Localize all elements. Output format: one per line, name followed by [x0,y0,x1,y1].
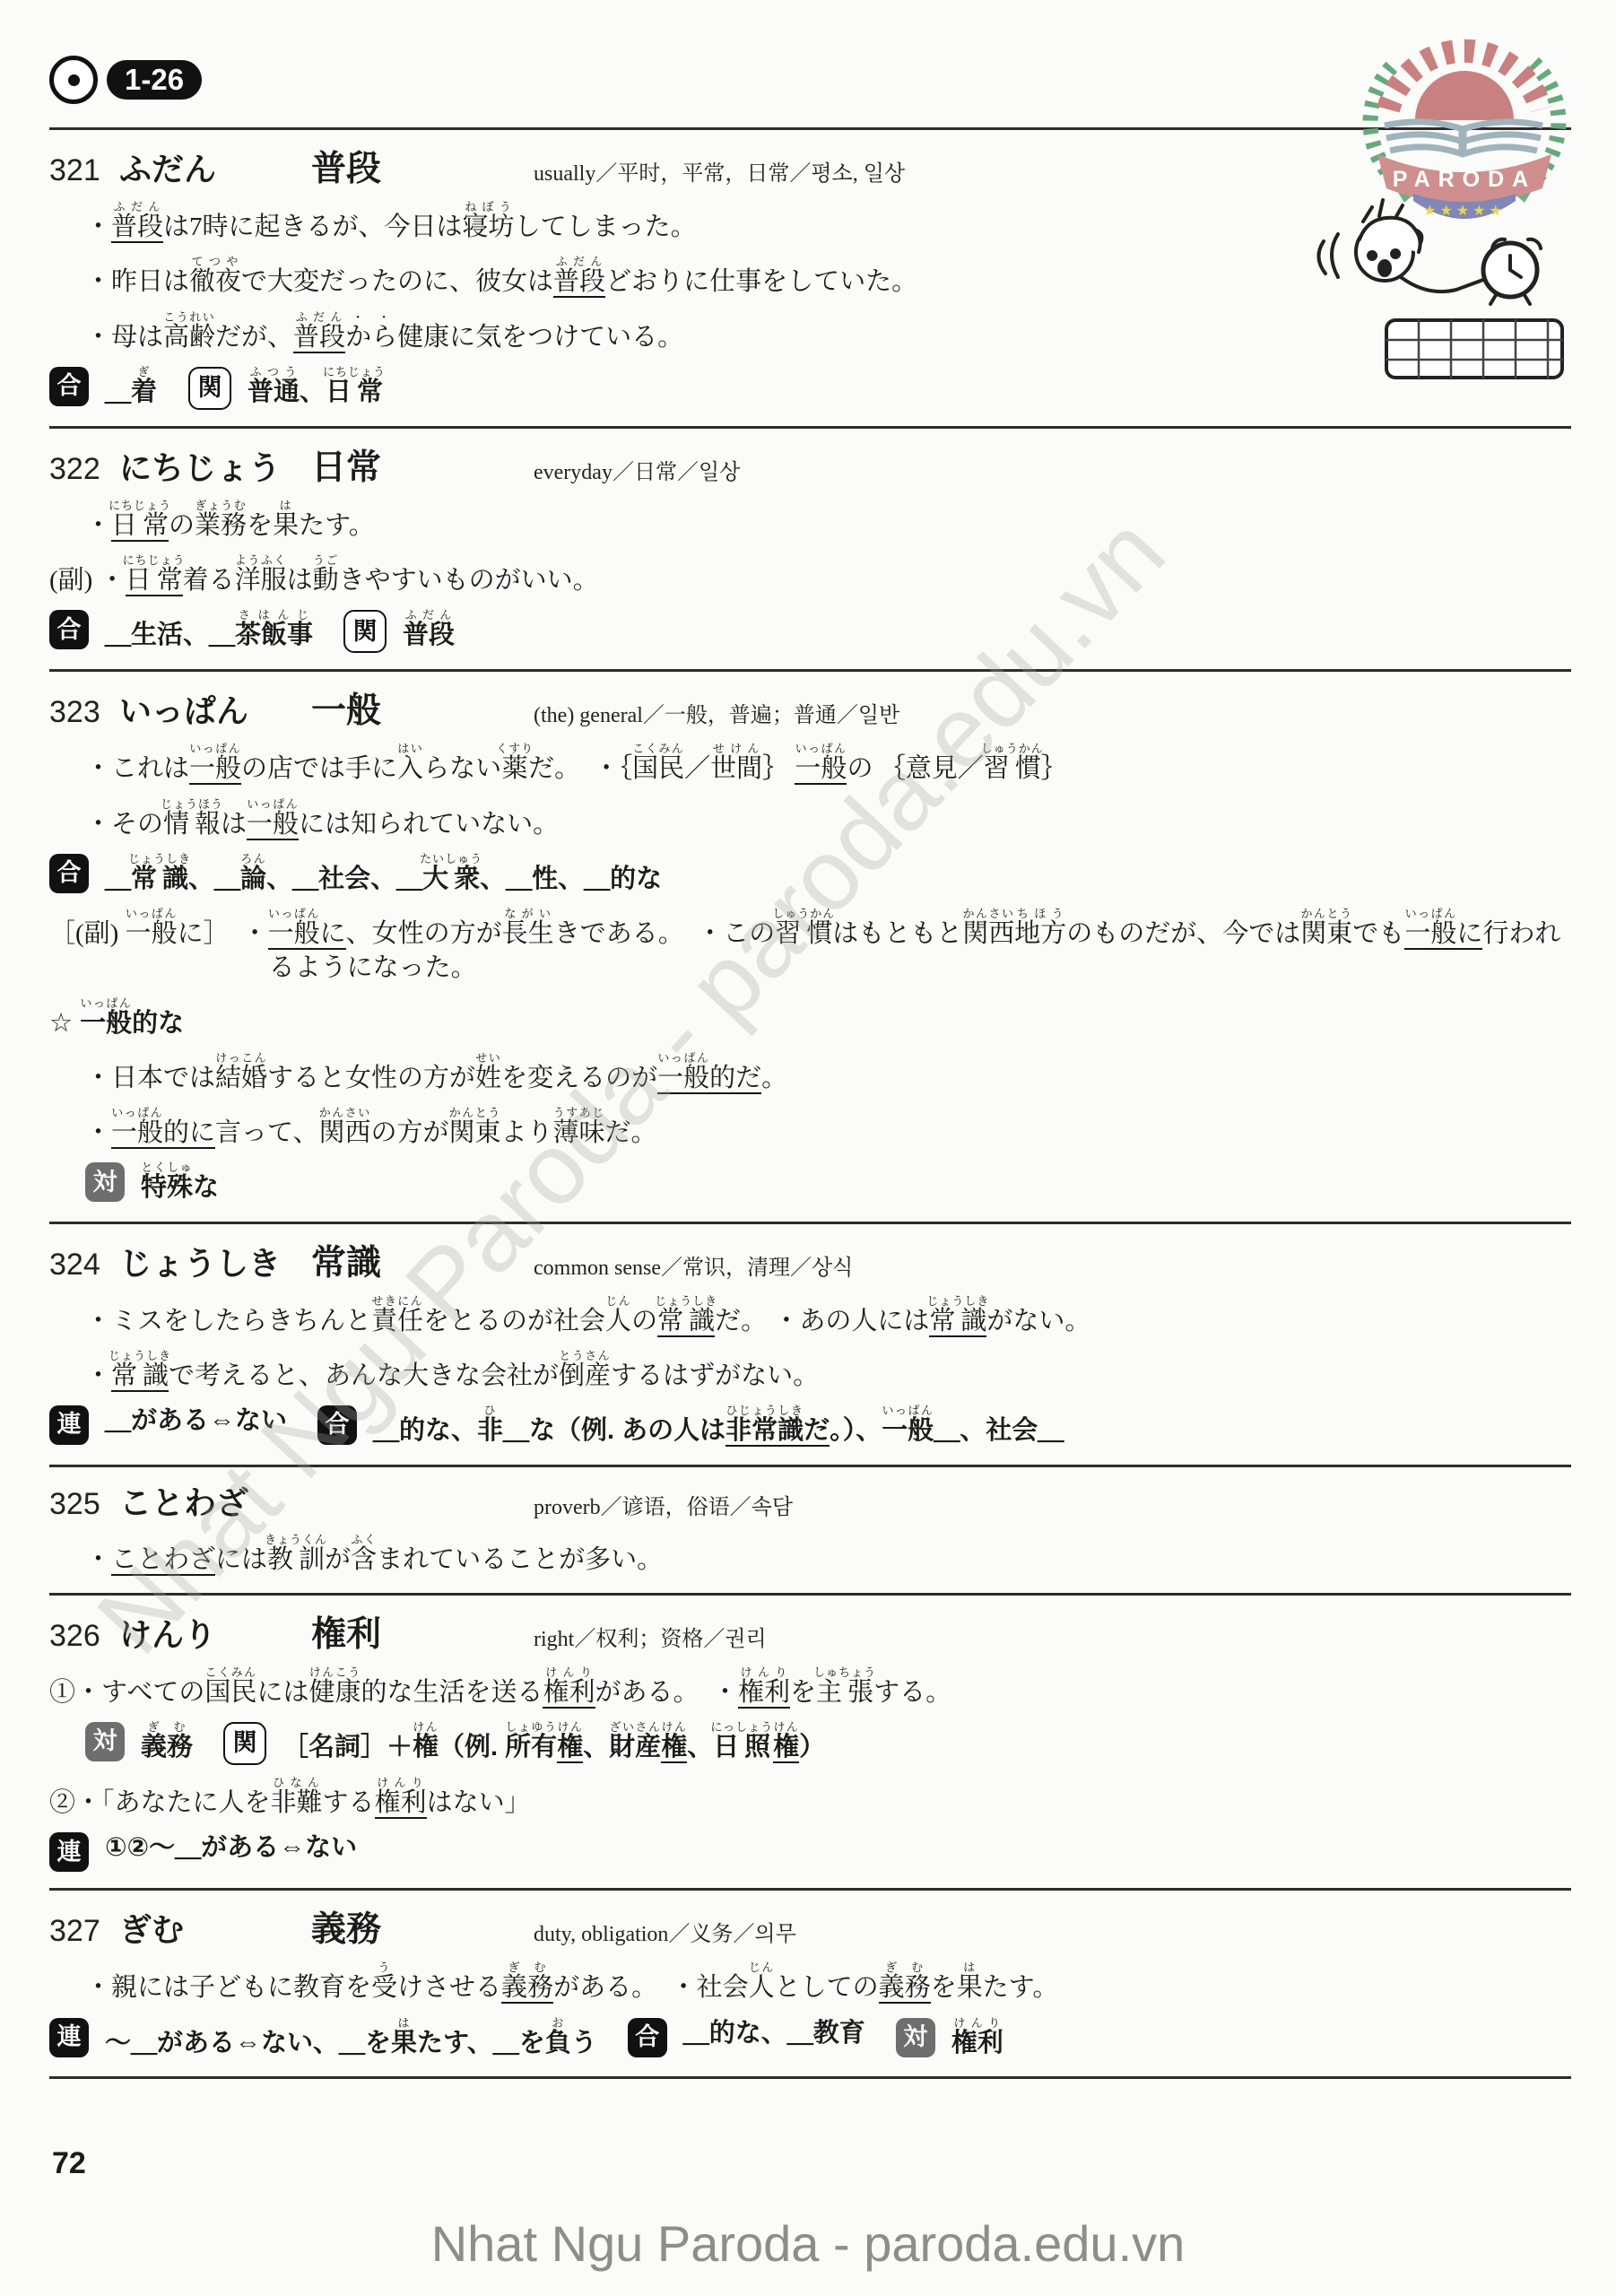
entry-row: ①・すべての国民こくみんには健康けんこう的な生活を送る権利けんりがある。 ・権利… [49,1665,1571,1709]
row-text: ［名詞］＋権けん（例. 所有しょゆう権けん、財産ざいさん権けん、日照にっしょう権… [282,1720,825,1764]
badge-gou: 合 [49,367,89,406]
entry-header: 325ことわざproverb／谚语，俗语／속담 [49,1478,1571,1524]
entry-row: ・親には子どもに教育を受うけさせる義務ぎむがある。 ・社会人じんとしての義務ぎむ… [49,1961,1571,2005]
headword-kanji: 一般 [311,683,534,733]
entry-row: ②・「あなたに人を非難ひなんする権利けんりはない」 [49,1776,1571,1820]
audio-disc-icon [49,56,98,104]
entry-322: 322にちじょう日常everyday／日常／일상・日常にちじょうの業務ぎょうむを… [49,426,1571,670]
entry-number: 326 [49,1619,119,1654]
footer-site-text: Nhat Ngu Paroda - paroda.edu.vn [0,2214,1616,2273]
entry-row: ・日本では結婚けっこんすると女性の方が姓せいを変えるのが一般いっぱん的だ。 [49,1051,1571,1095]
badge-tai: 対 [85,1722,125,1761]
entry-327: 327ぎむ義務duty, obligation／义务／의무・親には子どもに教育を… [49,1888,1571,2076]
headword-kanji: 常識 [311,1235,534,1285]
entry-325: 325ことわざproverb／谚语，俗语／속담・ことわざには教訓きょうくんが含ふ… [49,1465,1571,1593]
entry-row: 対義務ぎむ関［名詞］＋権けん（例. 所有しょゆう権けん、財産ざいさん権けん、日照… [49,1720,1571,1765]
entry-row: ・日常にちじょうの業務ぎょうむを果はたす。 [49,499,1571,543]
entry-header: 324じょうしき常識common sense／常识，清理／상식 [49,1235,1571,1285]
row-text: 普通ふつう、日常にちじょう [248,365,386,409]
entry-number: 327 [49,1914,119,1949]
arm [1401,277,1490,291]
translations: (the) general／一般，普遍；普通／일반 [534,697,1571,728]
translations: right／权利；资格／권리 [534,1621,1571,1652]
entry-header: 322にちじょう日常everyday／日常／일상 [49,439,1571,490]
translations: proverb／谚语，俗语／속담 [534,1489,1571,1520]
row-text: 〜＿がある⇔ない、＿を果はたす、＿を負おう [105,2016,597,2060]
entry-row: (副) ・日常にちじょう着る洋服ようふくは動うごきやすいものがいい。 [49,553,1571,597]
row-text: 特殊とくしゅな [141,1161,219,1205]
row-text: ・日本では結婚けっこんすると女性の方が姓せいを変えるのが一般いっぱん的だ。 [85,1051,787,1095]
row-text: 普段ふだん [403,608,455,652]
entry-number: 323 [49,695,119,730]
audio-row: 1-26 [49,56,1571,104]
audio-track-badge: 1-26 [107,60,202,100]
entry-number: 325 [49,1487,119,1522]
headword-kanji: 権利 [311,1606,534,1657]
entry-row: 対特殊とくしゅな [49,1161,1571,1205]
page-number: 72 [52,2146,86,2181]
entry-row: ・ことわざには教訓きょうくんが含ふくまれていることが多い。 [49,1533,1571,1577]
entry-row: ☆ 一般いっぱん的な [49,996,1571,1040]
row-text: (副) ・日常にちじょう着る洋服ようふくは動うごきやすいものがいい。 [49,553,599,597]
paroda-logo: PARODA ★★★★★ [1358,11,1571,226]
translations: everyday／日常／일상 [534,454,1571,485]
entry-row: ・ミスをしたらきちんと責任せきにんをとるのが社会人じんの常識じょうしきだ。 ・あ… [49,1294,1571,1338]
row-text: ＿がある⇔ない [105,1404,287,1438]
entry-row: ・母は高齢こうれいだが、普段ふだんから・・健康に気をつけている。 [49,310,1289,354]
badge-ren: 連 [49,2018,89,2057]
row-text: ・一般いっぱんに、女性の方が長生ながいきである。 ・この習慣しゅうかんはもともと… [242,907,1571,986]
entry-row: ・これは一般いっぱんの店では手に入はいらない薬くすりだ。 ・｛国民こくみん／世間… [49,742,1571,786]
entry-row: 連＿がある⇔ない合＿的な、非ひ＿な（例. あの人は非常識ひじょうしきだ。）、一般… [49,1404,1571,1448]
entry-number: 324 [49,1248,119,1283]
badge-kan: 関 [223,1722,266,1765]
row-text: ＿的な、＿教育 [683,2016,865,2050]
vocabulary-entries: 321ふだん普段usually／平时，平常，日常／평소, 일상・普段ふだんは7時… [49,127,1571,2076]
entry-rows: ・親には子どもに教育を受うけさせる義務ぎむがある。 ・社会人じんとしての義務ぎむ… [49,1961,1571,2060]
row-text: ・普段ふだんは7時に起きるが、今日は寝坊ねぼうしてしまった。 [85,200,697,244]
entry-323: 323いっぱん一般(the) general／一般，普遍；普通／일반・これは一般… [49,669,1571,1221]
open-book-icon [1385,122,1542,156]
row-text: ＿常識じょうしき、＿論ろん、＿社会、＿大衆たいしゅう、＿性、＿的な [105,852,662,896]
entry-header: 327ぎむ義務duty, obligation／义务／의무 [49,1901,1571,1952]
sun-icon [1415,71,1514,120]
row-text: ・昨日は徹夜てつやで大変だったのに、彼女は普段ふだんどおりに仕事をしていた。 [85,255,917,299]
row-text: 義務ぎむ [141,1720,193,1764]
row-text: ［(副) 一般いっぱんに］ [49,907,230,951]
badge-gou: 合 [317,1405,357,1445]
row-text: ＿着ぎ [105,365,158,409]
row-text: ・常識じょうしきで考えると、あんな大きな会社が倒産とうさんするはずがない。 [85,1349,819,1393]
entry-321: 321ふだん普段usually／平时，平常，日常／평소, 일상・普段ふだんは7時… [49,127,1571,426]
entry-header: 321ふだん普段usually／平时，平常，日常／평소, 일상 [49,141,1571,191]
headword-kana: けんり [119,1610,311,1656]
entry-row: ・一般いっぱん的に言って、関西かんさいの方が関東かんとうより薄味うすあじだ。 [49,1106,1571,1150]
row-text: ・ミスをしたらきちんと責任せきにんをとるのが社会人じんの常識じょうしきだ。 ・あ… [85,1294,1090,1338]
row-text: ・これは一般いっぱんの店では手に入はいらない薬くすりだ。 ・｛国民こくみん／世間… [85,742,1067,786]
row-text: ・親には子どもに教育を受うけさせる義務ぎむがある。 ・社会人じんとしての義務ぎむ… [85,1961,1058,2005]
row-text: ・ことわざには教訓きょうくんが含ふくまれていることが多い。 [85,1533,663,1577]
headword-kana: いっぱん [119,686,311,732]
row-text: ・母は高齢こうれいだが、普段ふだんから・・健康に気をつけている。 [85,310,683,354]
badge-kan: 関 [188,367,231,410]
blanket [1386,320,1562,378]
entry-row: ［(副) 一般いっぱんに］・一般いっぱんに、女性の方が長生ながいきである。 ・こ… [49,907,1571,986]
translations: common sense／常识，清理／상식 [534,1249,1571,1281]
entry-rows: ・日常にちじょうの業務ぎょうむを果はたす。(副) ・日常にちじょう着る洋服ようふ… [49,499,1571,654]
badge-tai: 対 [85,1162,125,1202]
entry-326: 326けんり権利right／权利；资格／권리①・すべての国民こくみんには健康けん… [49,1593,1571,1889]
row-text: ①②〜＿がある⇔ない [105,1831,357,1865]
badge-ren: 連 [49,1405,89,1445]
entry-rows: ①・すべての国民こくみんには健康けんこう的な生活を送る権利けんりがある。 ・権利… [49,1665,1571,1873]
row-text: ・一般いっぱん的に言って、関西かんさいの方が関東かんとうより薄味うすあじだ。 [85,1106,657,1150]
entry-row: 連〜＿がある⇔ない、＿を果はたす、＿を負おう合＿的な、＿教育対権利けんり [49,2016,1571,2060]
entry-row: ・その情報じょうほうは一般いっぱんには知られていない。 [49,797,1571,841]
entry-324: 324じょうしき常識common sense／常识，清理／상식・ミスをしたらきち… [49,1222,1571,1465]
page-content: 1-26 321ふだん普段usually／平时，平常，日常／평소, 일상・普段ふ… [49,56,1571,2079]
badge-gou: 合 [628,2018,667,2057]
entry-row: 合＿常識じょうしき、＿論ろん、＿社会、＿大衆たいしゅう、＿性、＿的な [49,852,1571,896]
entry-number: 321 [49,153,119,188]
headword-kana: じょうしき [119,1239,311,1284]
stars: ★★★★★ [1423,204,1506,219]
row-text: ②・「あなたに人を非難ひなんする権利けんりはない」 [49,1776,531,1820]
headword-kana: にちじょう [119,443,311,489]
entry-header: 323いっぱん一般(the) general／一般，普遍；普通／일반 [49,683,1571,733]
badge-gou: 合 [49,854,89,893]
motion-line [1332,234,1338,277]
badge-gou: 合 [49,610,89,649]
entry-row: 合＿生活、＿茶飯事さはんじ関普段ふだん [49,608,1571,653]
row-text: ＿的な、非ひ＿な（例. あの人は非常識ひじょうしきだ。）、一般いっぱん＿、社会＿ [373,1404,1064,1448]
row-text: ＿生活、＿茶飯事さはんじ [105,608,313,652]
entry-number: 322 [49,452,119,487]
headword-kanji: 日常 [311,439,534,490]
entry-row: ・普段ふだんは7時に起きるが、今日は寝坊ねぼうしてしまった。 [49,200,1289,244]
entry-header: 326けんり権利right／权利；资格／권리 [49,1606,1571,1657]
entry-row: 合＿着ぎ関普通ふつう、日常にちじょう [49,365,1289,410]
bottom-rule [49,2076,1571,2079]
row-text: ☆ 一般いっぱん的な [49,996,184,1040]
headword-kana: ぎむ [119,1905,311,1951]
logo-wordmark: PARODA [1393,167,1536,192]
entry-row: ・昨日は徹夜てつやで大変だったのに、彼女は普段ふだんどおりに仕事をしていた。 [49,255,1289,299]
headword-kanji: 義務 [311,1901,534,1952]
entry-rows: ・ことわざには教訓きょうくんが含ふくまれていることが多い。 [49,1533,1571,1577]
headword-kana: ふだん [119,144,311,190]
entry-row: 連①②〜＿がある⇔ない [49,1831,1571,1872]
entry-rows: ・ミスをしたらきちんと責任せきにんをとるのが社会人じんの常識じょうしきだ。 ・あ… [49,1294,1571,1448]
entry-row: ・常識じょうしきで考えると、あんな大きな会社が倒産とうさんするはずがない。 [49,1349,1571,1393]
translations: duty, obligation／义务／의무 [534,1916,1571,1947]
headword-kana: ことわざ [119,1478,311,1524]
badge-ren: 連 [49,1832,89,1872]
motion-line [1318,241,1325,274]
entry-rows: ・これは一般いっぱんの店では手に入はいらない薬くすりだ。 ・｛国民こくみん／世間… [49,742,1571,1205]
row-text: ・日常にちじょうの業務ぎょうむを果はたす。 [85,499,375,543]
headword-kanji: 普段 [311,141,534,191]
row-text: ①・すべての国民こくみんには健康けんこう的な生活を送る権利けんりがある。 ・権利… [49,1665,951,1709]
row-text: ・その情報じょうほうは一般いっぱんには知られていない。 [85,797,559,841]
row-text: 権利けんり [951,2016,1003,2060]
badge-kan: 関 [343,610,387,653]
badge-tai: 対 [896,2018,935,2057]
